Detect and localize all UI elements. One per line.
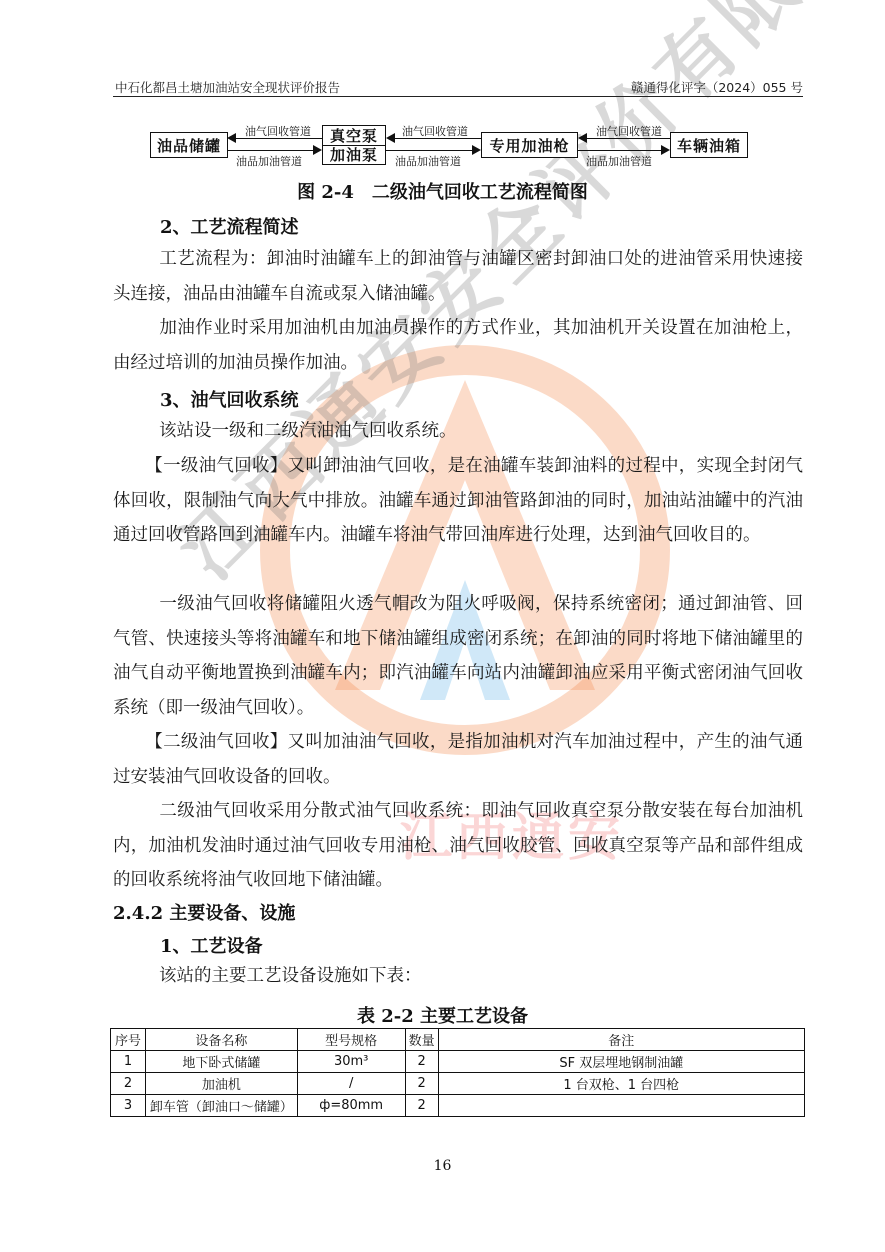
table-cell: 地下卧式储罐: [145, 1051, 297, 1073]
pipe-line: [394, 138, 481, 139]
paragraph: 【二级油气回收】又叫加油油气回收，是指加油机对汽车加油过程中，产生的油气通过安装…: [113, 725, 803, 794]
table-cell: 2: [111, 1073, 146, 1095]
table-cell: 2: [405, 1073, 438, 1095]
table-cell: ф=80mm: [297, 1095, 405, 1117]
table-header-row: 序号 设备名称 型号规格 数量 备注: [111, 1029, 805, 1051]
table-cell: 2: [405, 1095, 438, 1117]
section-heading: 3、油气回收系统: [160, 386, 299, 412]
arrow-right-icon: [313, 145, 322, 155]
col-header: 数量: [405, 1029, 438, 1051]
diagram-box-oil-tank: 油品储罐: [150, 132, 228, 158]
col-header: 设备名称: [145, 1029, 297, 1051]
pipe-label-fuel: 油品加油管道: [395, 153, 461, 169]
paragraph: 该站的主要工艺设备设施如下表：: [113, 959, 803, 994]
fuel-pump-label: 加油泵: [323, 145, 385, 164]
pipe-label-fuel: 油品加油管道: [586, 153, 652, 169]
document-page: 江西通安安全评价有限公司 江西通安 中石化都昌土塘加油站安全现状评价报告 赣通得…: [0, 0, 885, 1252]
col-header: 备注: [438, 1029, 804, 1051]
section-heading: 2、工艺流程简述: [160, 213, 299, 239]
pipe-label-fuel: 油品加油管道: [236, 153, 302, 169]
table-cell: 加油机: [145, 1073, 297, 1095]
arrow-left-icon: [227, 133, 236, 143]
vacuum-pump-label: 真空泵: [323, 127, 385, 145]
table-cell: 2: [405, 1051, 438, 1073]
paragraph: 【一级油气回收】又叫卸油油气回收，是在油罐车装卸油料的过程中，实现全封闭气体回收…: [113, 449, 803, 553]
equipment-table: 序号 设备名称 型号规格 数量 备注 1 地下卧式储罐 30m³ 2 SF 双层…: [110, 1028, 805, 1117]
col-header: 型号规格: [297, 1029, 405, 1051]
section-heading: 2.4.2 主要设备、设施: [113, 899, 295, 925]
diagram-box-pumps: 真空泵 加油泵: [322, 125, 386, 165]
table-cell: 卸车管（卸油口～储罐）: [145, 1095, 297, 1117]
table-caption: 表 2-2 主要工艺设备: [0, 1002, 885, 1028]
pipe-label-vapor: 油气回收管道: [402, 123, 468, 139]
table-cell: 30m³: [297, 1051, 405, 1073]
arrow-left-icon: [578, 133, 587, 143]
pipe-label-vapor: 油气回收管道: [596, 123, 662, 139]
diagram-box-nozzle: 专用加油枪: [481, 132, 578, 158]
sub-heading: 1、工艺设备: [160, 932, 263, 958]
arrow-right-icon: [472, 145, 481, 155]
paragraph: 工艺流程为：卸油时油罐车上的卸油管与油罐区密封卸油口处的进油管采用快速接头连接，…: [113, 242, 803, 311]
pipe-line: [228, 150, 314, 151]
pipe-line: [235, 138, 322, 139]
paragraph: 该站设一级和二级汽油油气回收系统。: [113, 414, 803, 449]
table-row: 2 加油机 / 2 1 台双枪、1 台四枪: [111, 1073, 805, 1095]
report-title: 中石化都昌土塘加油站安全现状评价报告: [115, 78, 340, 96]
page-number: 16: [0, 1158, 885, 1174]
arrow-right-icon: [661, 145, 670, 155]
table-row: 1 地下卧式储罐 30m³ 2 SF 双层埋地钢制油罐: [111, 1051, 805, 1073]
table-cell: 1 台双枪、1 台四枪: [438, 1073, 804, 1095]
col-header: 序号: [111, 1029, 146, 1051]
diagram-box-vehicle-tank: 车辆油箱: [670, 132, 748, 158]
pipe-line: [578, 150, 662, 151]
table-cell: [438, 1095, 804, 1117]
arrow-left-icon: [386, 133, 395, 143]
pipe-line: [386, 150, 473, 151]
table-cell: 3: [111, 1095, 146, 1117]
table-cell: 1: [111, 1051, 146, 1073]
pipe-line: [586, 138, 670, 139]
paragraph: 加油作业时采用加油机由加油员操作的方式作业，其加油机开关设置在加油枪上，由经过培…: [113, 311, 803, 380]
report-number: 赣通得化评字（2024）055 号: [631, 78, 803, 96]
paragraph: 一级油气回收将储罐阻火透气帽改为阻火呼吸阀，保持系统密闭；通过卸油管、回气管、快…: [113, 587, 803, 725]
table-row: 3 卸车管（卸油口～储罐） ф=80mm 2: [111, 1095, 805, 1117]
figure-caption: 图 2-4 二级油气回收工艺流程简图: [0, 178, 885, 204]
paragraph: 二级油气回收采用分散式油气回收系统：即油气回收真空泵分散安装在每台加油机内，加油…: [113, 794, 803, 898]
table-cell: SF 双层埋地钢制油罐: [438, 1051, 804, 1073]
table-cell: /: [297, 1073, 405, 1095]
page-header: 中石化都昌土塘加油站安全现状评价报告 赣通得化评字（2024）055 号: [113, 76, 803, 97]
pipe-label-vapor: 油气回收管道: [245, 123, 311, 139]
flow-diagram: 油品储罐 油气回收管道 油品加油管道 真空泵 加油泵 油气回收管道 油品加油管道…: [150, 120, 750, 170]
